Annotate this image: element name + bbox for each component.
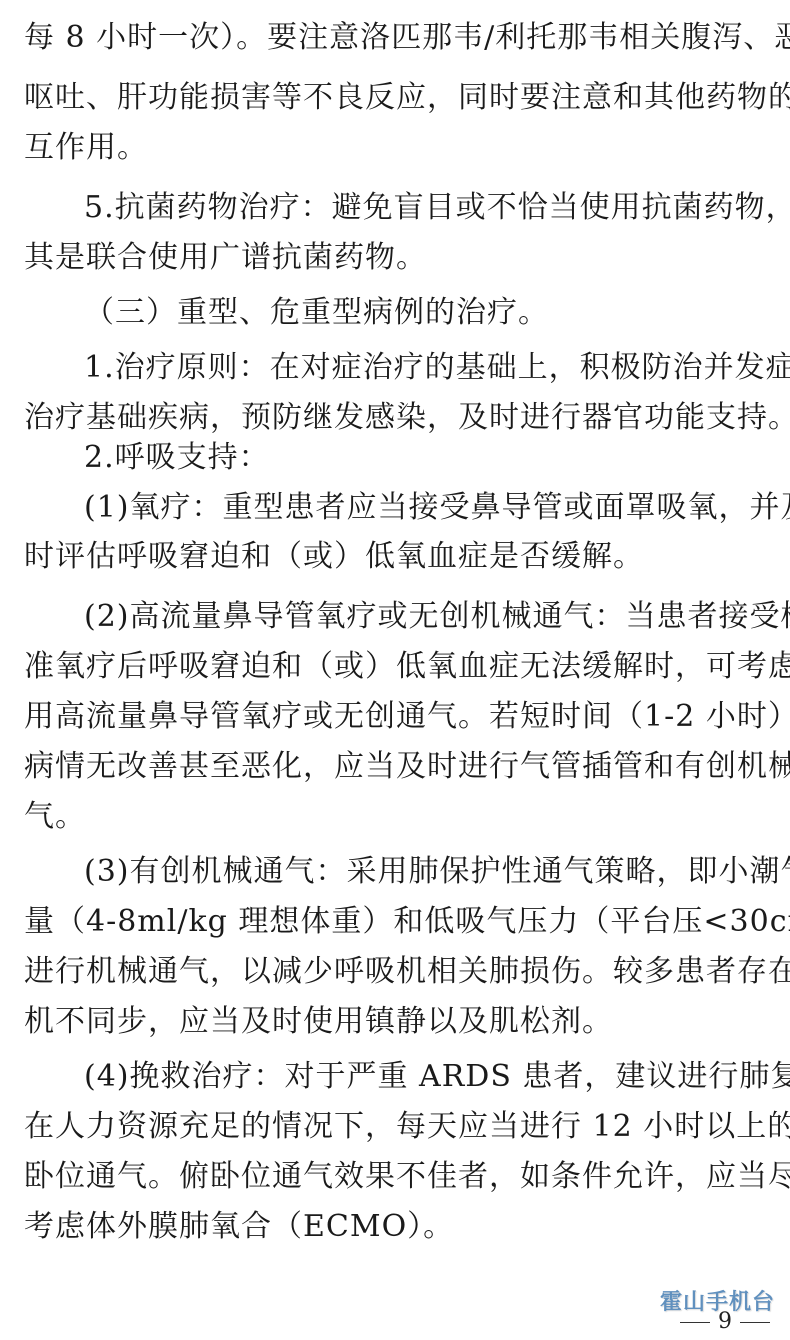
text-line: 卧位通气。俯卧位通气效果不佳者，如条件允许，应当尽快: [24, 1157, 790, 1197]
dash-left: [680, 1322, 710, 1323]
paragraph-invasive-ventilation: (3)有创机械通气：采用肺保护性通气策略，即小潮气: [84, 852, 790, 892]
text-line: 用高流量鼻导管氧疗或无创通气。若短时间（1-2 小时）内: [24, 697, 790, 737]
dash-right: [740, 1322, 770, 1323]
text-line: 准氧疗后呼吸窘迫和（或）低氧血症无法缓解时，可考虑使: [24, 647, 790, 687]
paragraph-high-flow: (2)高流量鼻导管氧疗或无创机械通气：当患者接受标: [84, 597, 790, 637]
subheading-respiratory-support: 2.呼吸支持：: [84, 438, 270, 478]
text-line: 互作用。: [24, 128, 148, 168]
text-line: 病情无改善甚至恶化，应当及时进行气管插管和有创机械通: [24, 747, 790, 787]
text-line: 每 8 小时一次）。要注意洛匹那韦/利托那韦相关腹泻、恶心、: [24, 18, 790, 58]
text-line: 时评估呼吸窘迫和（或）低氧血症是否缓解。: [24, 537, 644, 577]
section-heading: （三）重型、危重型病例的治疗。: [84, 293, 549, 333]
text-line: 其是联合使用广谱抗菌药物。: [24, 238, 427, 278]
paragraph-oxygen-therapy: (1)氧疗：重型患者应当接受鼻导管或面罩吸氧，并及: [84, 488, 790, 528]
text-line: 考虑体外膜肺氧合（ECMO）。: [24, 1207, 454, 1247]
page-number-value: 9: [718, 1309, 732, 1334]
paragraph-rescue-therapy: (4)挽救治疗：对于严重 ARDS 患者，建议进行肺复张。: [84, 1057, 790, 1097]
text-line: 量（4-8ml/kg 理想体重）和低吸气压力（平台压<30cmH2O）: [24, 902, 790, 942]
text-line: 呕吐、肝功能损害等不良反应，同时要注意和其他药物的相: [24, 78, 790, 118]
paragraph-treatment-principle: 1.治疗原则：在对症治疗的基础上，积极防治并发症，: [84, 348, 790, 388]
text-line: 机不同步，应当及时使用镇静以及肌松剂。: [24, 1002, 613, 1042]
page-number: 9: [672, 1308, 778, 1336]
text-line: 治疗基础疾病，预防继发感染，及时进行器官功能支持。: [24, 398, 790, 438]
paragraph-antibacterial: 5.抗菌药物治疗：避免盲目或不恰当使用抗菌药物，尤: [84, 188, 790, 228]
text-line: 在人力资源充足的情况下，每天应当进行 12 小时以上的俯: [24, 1107, 790, 1147]
text-line: 气。: [24, 797, 86, 837]
text-line: 进行机械通气，以减少呼吸机相关肺损伤。较多患者存在人: [24, 952, 790, 992]
